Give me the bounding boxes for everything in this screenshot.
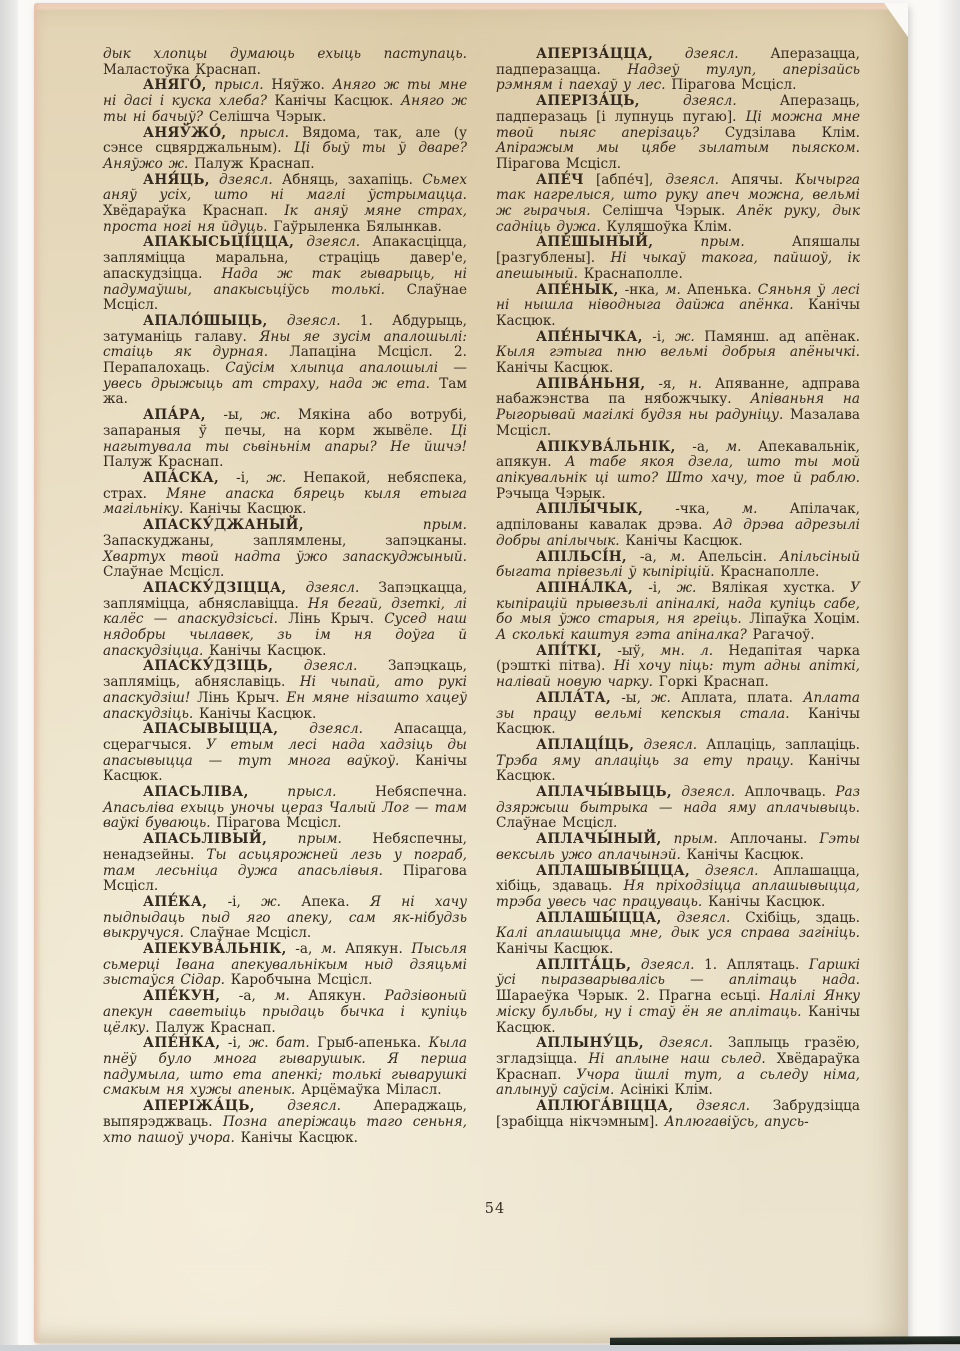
entry-grammar-label: м. (312, 941, 336, 957)
entry-definition: Апельсін. (685, 549, 780, 565)
dictionary-entry: АПАСКУ́ДЗІЦЬ, дзеясл. Запэцкаць, заплямі… (103, 659, 467, 722)
dictionary-entry: АПЕРІЖА́ЦЬ, дзеясл. Апераджаць, выпярэдж… (103, 1099, 467, 1146)
entry-definition: -і, (219, 470, 249, 486)
dictionary-entry: АПЕ́Ч [абпе́ч], дзеясл. Апячы. Кычырга т… (496, 173, 860, 236)
entry-grammar-label: дзеясл. (255, 1098, 341, 1114)
entry-definition: -ыў, (602, 643, 645, 659)
entry-headword: АПАСКУ́ДЗІЦЬ, (143, 658, 273, 674)
entry-example: Кыля гэтыга пню вельмі добрыя апёнычкі. (496, 344, 860, 360)
entry-definition: Селішча Чэрык. (591, 203, 737, 219)
dictionary-entry: АПЛАЧЫ́НЫЙ, прым. Аплочаны. Гэты вексыль… (496, 832, 860, 863)
entry-headword: АПЕ́КУН, (143, 988, 220, 1004)
entry-grammar-label: ж. (241, 894, 281, 910)
entry-grammar-label: прысл. (226, 125, 288, 141)
entry-grammar-label: м. (657, 549, 685, 565)
entry-definition: Пірагова Мсцісл. (496, 156, 621, 172)
dictionary-entry: АПІ́ТКІ, -ыў, мн. л. Недапітая чарка (рэ… (496, 644, 860, 691)
entry-grammar-label: м. (659, 282, 681, 298)
entry-grammar-label: ж. бат. (241, 1035, 309, 1051)
dictionary-entry: АПІВА́НЬНЯ, -я, н. Апяванне, адправа наб… (496, 377, 860, 440)
entry-definition: -нка, (619, 282, 660, 298)
entry-headword: АПЛАЧЫ́НЫЙ, (536, 831, 662, 847)
entry-definition: Ліпаўка Хоцім. (742, 611, 860, 627)
dictionary-entry: АПІЛЫ́ЧЫК, -чка, м. Апілачак, адпілованы… (496, 502, 860, 549)
entry-grammar-label: дзеясл. (662, 910, 731, 926)
entry-definition: Судзілава Клім. (699, 125, 860, 141)
entry-headword: АПЛЫНУ́ЦЬ, (536, 1035, 644, 1051)
entry-example: А сколькі каштуя гэта апіналка? (496, 627, 747, 643)
entry-definition: Хвёдараўка Краснап. (103, 203, 284, 219)
entry-headword: АПАКЫСЬЦІ́ЦЦА, (143, 234, 294, 250)
entry-definition: 1. Аплятаць. (695, 957, 809, 973)
entry-definition: Слаўнае Мсцісл. (103, 564, 224, 580)
entry-definition: -чка, (643, 501, 710, 517)
entry-grammar-label: дзеясл. (273, 658, 357, 674)
dictionary-entry: АПА́СКА, -і, ж. Непакой, небяспека, стра… (103, 471, 467, 518)
entry-example: Ні аплыне наш сьлед. (588, 1051, 765, 1067)
entry-grammar-label: м. (256, 988, 290, 1004)
entry-grammar-label: дзеясл. (644, 1035, 713, 1051)
entry-definition: Слаўнае Мсцісл. (496, 815, 617, 831)
dictionary-entry: АПЕ́ШЫНЫЙ, прым. Апяшалы [разгублены]. Н… (496, 235, 860, 282)
entry-definition: Палуж Краснап. (150, 1020, 276, 1036)
dictionary-entry: АПЕ́НКА, -і, ж. бат. Грыб-апенька. Кыла … (103, 1036, 467, 1099)
entry-headword: АПАСЬЛІВА, (143, 784, 249, 800)
entry-grammar-label: ж. (249, 470, 286, 486)
entry-definition: [абпе́ч], (584, 172, 653, 188)
entry-grammar-label: дзеясл. (631, 957, 694, 973)
entry-grammar-label: прым. (662, 831, 718, 847)
entry-definition: Пірагова Мсцісл. (211, 815, 342, 831)
dictionary-entry: АПЛІТА́ЦЬ, дзеясл. 1. Аплятаць. Гаршкі ў… (496, 958, 860, 1037)
entry-definition: Канічы Касцюк. (183, 501, 306, 517)
entry-example: Калі аплашыцца мне, дык уся справа загін… (496, 925, 860, 941)
entry-headword: АНЯЎЖО́, (143, 125, 226, 141)
entry-definition: Небяспечна. (336, 784, 467, 800)
entry-definition: -і, (633, 580, 661, 596)
entry-grammar-label: дзеясл. (210, 172, 273, 188)
entry-grammar-label: мн. л. (645, 643, 713, 659)
entry-definition: Аплочваць. (735, 784, 835, 800)
entry-grammar-label: дзеясл. (690, 863, 758, 879)
entry-definition: Арцёмаўка Міласл. (295, 1082, 441, 1098)
entry-headword: АПЛА́ТА, (536, 690, 611, 706)
dictionary-entry: АПЕ́КА, -і, ж. Апека. Я ні хачу пыдпыдац… (103, 895, 467, 942)
page-edge-left (34, 3, 41, 1343)
entry-example: дык хлопцы думаюць ехыць паступаць. (103, 46, 467, 62)
dictionary-entry: АПІНА́ЛКА, -і, ж. Вялікая хустка. У кыпі… (496, 581, 860, 644)
entry-example: Аплюгавіўсь, апусь- (664, 1114, 808, 1130)
entry-grammar-label: ж. (661, 580, 696, 596)
dictionary-entry: АПЛЮГА́ВІЦЦА, дзеясл. Забрудзіцца [зрабі… (496, 1099, 860, 1130)
entry-headword: АПЕРІЖА́ЦЬ, (143, 1098, 255, 1114)
entry-definition: -а, (220, 988, 255, 1004)
entry-definition: Каробчына Мсцісл. (225, 972, 373, 988)
entry-definition: Схібіць, здаць. (730, 910, 860, 926)
entry-definition: Аплочаны. (718, 831, 820, 847)
entry-definition: Лінь Крыч. (190, 690, 286, 706)
entry-definition: Апякун. (290, 988, 385, 1004)
entry-definition: Запаскуджаны, заплямлены, запэцканы. (103, 533, 467, 549)
entry-definition: Пірагова Мсцісл. (666, 77, 797, 93)
entry-headword: АПЕКУВА́ЛЬНІК, (143, 941, 287, 957)
entry-grammar-label: дзеясл. (268, 313, 341, 329)
entry-definition: Апякун. (336, 941, 411, 957)
entry-headword: АНЯГО́, (143, 77, 207, 93)
entry-definition: Абняць, захапіць. (273, 172, 422, 188)
entry-definition: Палуж Краснап. (188, 156, 314, 172)
entry-headword: АПА́СКА, (143, 470, 219, 486)
entry-headword: АПАСКУ́ДЗІЦЦА, (143, 580, 286, 596)
entry-grammar-label: дзеясл. (294, 234, 360, 250)
entry-definition: Куляшоўка Клім. (601, 219, 732, 235)
entry-headword: АПАСЫВЫЦЦА, (143, 721, 278, 737)
entry-grammar-label: дзеясл. (634, 737, 697, 753)
entry-definition: Апенька. (681, 282, 758, 298)
entry-definition: Канічы Касцюк. (203, 643, 326, 659)
dictionary-entry: АПАСКУ́ДЗІЦЦА, дзеясл. Запэцкацца, запля… (103, 581, 467, 660)
entry-grammar-label: ж. (641, 690, 671, 706)
entry-headword: АПІКУВА́ЛЬНІК, (536, 439, 676, 455)
entry-definition: Маластоўка Краснап. (103, 62, 261, 78)
entry-definition: Апячы. (719, 172, 795, 188)
page-sheet: дык хлопцы думаюць ехыць паступаць. Мала… (34, 3, 908, 1343)
dictionary-entry: АПЕКУВА́ЛЬНІК, -а, м. Апякун. Пысьля сьм… (103, 942, 467, 989)
scanner-background-bottom (0, 1345, 960, 1351)
page-number: 54 (103, 1201, 861, 1217)
entry-grammar-label: дзеясл. (286, 580, 359, 596)
entry-headword: АПЛЮГА́ВІЦЦА, (536, 1098, 673, 1114)
entry-definition: -я, (645, 376, 675, 392)
entry-headword: АНЯ́ЦЬ, (143, 172, 210, 188)
entry-headword: АПЕ́НКА, (143, 1035, 220, 1051)
entry-definition: Грыб-апенька. (310, 1035, 429, 1051)
entry-definition: Рэчыца Чэрык. (496, 486, 606, 502)
entry-definition: -і, (643, 329, 666, 345)
entry-headword: АПІЛЬСІ́Н, (536, 549, 627, 565)
entry-grammar-label: ж. (665, 329, 694, 345)
entry-definition: -і, (220, 1035, 241, 1051)
entry-definition: Краснаполле. (715, 564, 820, 580)
entry-definition: -ы, (611, 690, 641, 706)
entry-definition: Вялікая хустка. (696, 580, 850, 596)
entry-example: Трэба яму аплаціць за ету працу. (496, 753, 794, 769)
right-column: АПЕРІЗА́ЦЦА, дзеясл. Аперазацца, падпера… (496, 47, 860, 1146)
dictionary-entry: АНЯ́ЦЬ, дзеясл. Абняць, захапіць. Сьмех … (103, 173, 467, 236)
dictionary-entry: АПАСЬЛІВА, прысл. Небяспечна. Апасьліва … (103, 785, 467, 832)
entry-definition: Канічы Касцюк. (681, 847, 804, 863)
entry-grammar-label: прым. (267, 831, 342, 847)
entry-grammar-label: прым. (653, 234, 744, 250)
entry-grammar-label: ж. (243, 407, 280, 423)
entry-headword: АПАСЬЛІВЫЙ, (143, 831, 267, 847)
dictionary-entry: АПЛАЦІ́ЦЬ, дзеясл. Аплаціць, заплаціць. … (496, 738, 860, 785)
dictionary-entry: АПЕ́НЫЧКА, -і, ж. Памянш. ад апёнак. Кыл… (496, 330, 860, 377)
entry-headword: АПІЛЫ́ЧЫК, (536, 501, 643, 517)
entry-headword: АПІ́ТКІ, (536, 643, 602, 659)
entry-headword: АПА́РА, (143, 407, 206, 423)
entry-headword: АПЕ́Ч (536, 172, 584, 188)
entry-definition: Краснаполле. (578, 266, 683, 282)
dictionary-entry: АПАКЫСЬЦІ́ЦЦА, дзеясл. Апакасціцца, запл… (103, 235, 467, 314)
entry-grammar-label: прым. (304, 517, 467, 533)
dictionary-entry: АПЕ́НЫК, -нка, м. Апенька. Сяньня ў лесі… (496, 283, 860, 330)
page-corner-curl (884, 3, 908, 37)
dictionary-entry: АПЕРІЗА́ЦЦА, дзеясл. Аперазацца, падпера… (496, 47, 860, 94)
entry-definition: -і, (207, 894, 241, 910)
entry-headword: АПЕРІЗА́ЦЦА, (536, 46, 653, 62)
entry-definition: Канічы Касцюк. (702, 894, 825, 910)
entry-headword: АПЕРІЗА́ЦЬ, (536, 93, 640, 109)
entry-definition: Рагачоў. (747, 627, 815, 643)
entry-definition: Аплаціць, заплаціць. (697, 737, 860, 753)
dictionary-entry: АПЛАШЫВЫ́ЦЦА, дзеясл. Аплашацца, хібіць,… (496, 864, 860, 911)
dictionary-entry: АПЛАШЫ́ЦЦА, дзеясл. Схібіць, здаць. Калі… (496, 911, 860, 958)
entry-headword: АПІВА́НЬНЯ, (536, 376, 645, 392)
dictionary-entry: АПАСЫВЫЦЦА, дзеясл. Апасацца, сцерагчыся… (103, 722, 467, 785)
entry-definition: Апека. (281, 894, 370, 910)
entry-headword: АПЕ́НЫЧКА, (536, 329, 643, 345)
entry-definition: Канічы Касцюк. (267, 93, 401, 109)
entry-grammar-label: дзеясл. (640, 93, 737, 109)
entry-definition: Асінікі Клім. (614, 1082, 713, 1098)
left-column: дык хлопцы думаюць ехыць паступаць. Мала… (103, 47, 467, 1146)
entry-grammar-label: дзеясл. (672, 784, 735, 800)
entry-headword: АПЕ́НЫК, (536, 282, 619, 298)
entry-definition: Палуж Краснап. (103, 454, 223, 470)
dictionary-entry: АПЛА́ТА, -ы, ж. Аплата, плата. Аплата зы… (496, 691, 860, 738)
dictionary-entry: АПІКУВА́ЛЬНІК, -а, м. Апекавальнік, апяк… (496, 440, 860, 503)
entry-grammar-label: дзеясл. (278, 721, 363, 737)
scanned-book-page: дык хлопцы думаюць ехыць паступаць. Мала… (0, 0, 960, 1351)
entry-definition: Канічы Касцюк. (620, 533, 743, 549)
dictionary-entry: АПЕ́КУН, -а, м. Апякун. Радзівоный апеку… (103, 989, 467, 1036)
entry-definition: Горкі Краснап. (653, 674, 769, 690)
entry-headword: АПЛАЧЫ́ВЫЦЬ, (536, 784, 672, 800)
scanner-background-left (0, 0, 18, 1351)
dictionary-text-block: дык хлопцы думаюць ехыць паступаць. Мала… (103, 47, 861, 1146)
entry-grammar-label: м. (710, 501, 758, 517)
dictionary-entry: АПІЛЬСІ́Н, -а, м. Апельсін. Апільсіный б… (496, 550, 860, 581)
dictionary-entry: АПА́РА, -ы, ж. Мякіна або вотрубі, запар… (103, 408, 467, 471)
entry-headword: АПЕ́КА, (143, 894, 207, 910)
entry-grammar-label: дзеясл. (653, 172, 719, 188)
entry-headword: АПЕ́ШЫНЫЙ, (536, 234, 653, 250)
entry-example: Апіражым мы цябе зылатым пыяском. (496, 140, 860, 156)
entry-definition: Няўжо. (264, 77, 333, 93)
entry-headword: АПАСКУ́ДЖАНЫЙ, (143, 517, 304, 533)
entry-headword: АПІНА́ЛКА, (536, 580, 633, 596)
page-edge-top (34, 3, 908, 11)
entry-definition: Канічы Касцюк. (193, 706, 316, 722)
entry-definition: -ы, (206, 407, 243, 423)
entry-definition: Канічы Касцюк. (496, 360, 613, 376)
entry-definition: Селішча Чэрык. (203, 109, 326, 125)
dictionary-entry: АПЕРІЗА́ЦЬ, дзеясл. Аперазаць, падпераза… (496, 94, 860, 173)
entry-definition: -а, (627, 549, 657, 565)
entry-grammar-label: прысл. (207, 77, 264, 93)
entry-grammar-label: н. (676, 376, 702, 392)
entry-example: Хвартух твой надта ўжо запаскуджыный. (103, 549, 467, 565)
entry-grammar-label: м. (709, 439, 741, 455)
entry-definition: Памянш. ад апёнак. (695, 329, 860, 345)
entry-definition: Канічы Касцюк. (235, 1130, 358, 1146)
entry-definition: Шараеўка Чэрык. 2. Прагна есьці. (496, 988, 769, 1004)
entry-headword: АПЛАЦІ́ЦЬ, (536, 737, 634, 753)
dictionary-entry: АПАЛО́ШЫЦЬ, дзеясл. 1. Абдурыць, затуман… (103, 314, 467, 408)
entry-definition: Канічы Касцюк. (496, 941, 613, 957)
dictionary-entry: АПАСКУ́ДЖАНЫЙ, прым. Запаскуджаны, запля… (103, 518, 467, 581)
entry-headword: АПЛАШЫВЫ́ЦЦА, (536, 863, 690, 879)
entry-headword: АПЛІТА́ЦЬ, (536, 957, 631, 973)
entry-grammar-label: дзеясл. (653, 46, 738, 62)
entry-grammar-label: прысл. (249, 784, 337, 800)
scanner-background-right (938, 0, 960, 1351)
entry-definition: Гаўрыленка Бялынкав. (268, 219, 442, 235)
entry-headword: АПАЛО́ШЫЦЬ, (143, 313, 268, 329)
dictionary-entry: АПЛЫНУ́ЦЬ, дзеясл. Заплыць гразёю, зглад… (496, 1036, 860, 1099)
entry-headword: АПЛАШЫ́ЦЦА, (536, 910, 662, 926)
dictionary-entry: дык хлопцы думаюць ехыць паступаць. Мала… (103, 47, 467, 78)
entry-grammar-label: дзеясл. (673, 1098, 750, 1114)
entry-definition: Слаўнае Мсцісл. (184, 925, 311, 941)
entry-definition: Лінь Крыч. (278, 611, 384, 627)
entry-definition: -а, (676, 439, 710, 455)
dictionary-entry: АПАСЬЛІВЫЙ, прым. Небяспечны, ненадзейны… (103, 832, 467, 895)
entry-definition: Аплата, плата. (671, 690, 803, 706)
dictionary-entry: АНЯЎЖО́, прысл. Вядома, так, але (у сэнс… (103, 126, 467, 173)
entry-definition: -а, (287, 941, 313, 957)
dictionary-entry: АПЛАЧЫ́ВЫЦЬ, дзеясл. Аплочваць. Раз дзяр… (496, 785, 860, 832)
dictionary-entry: АНЯГО́, прысл. Няўжо. Аняго ж ты мне ні … (103, 78, 467, 125)
